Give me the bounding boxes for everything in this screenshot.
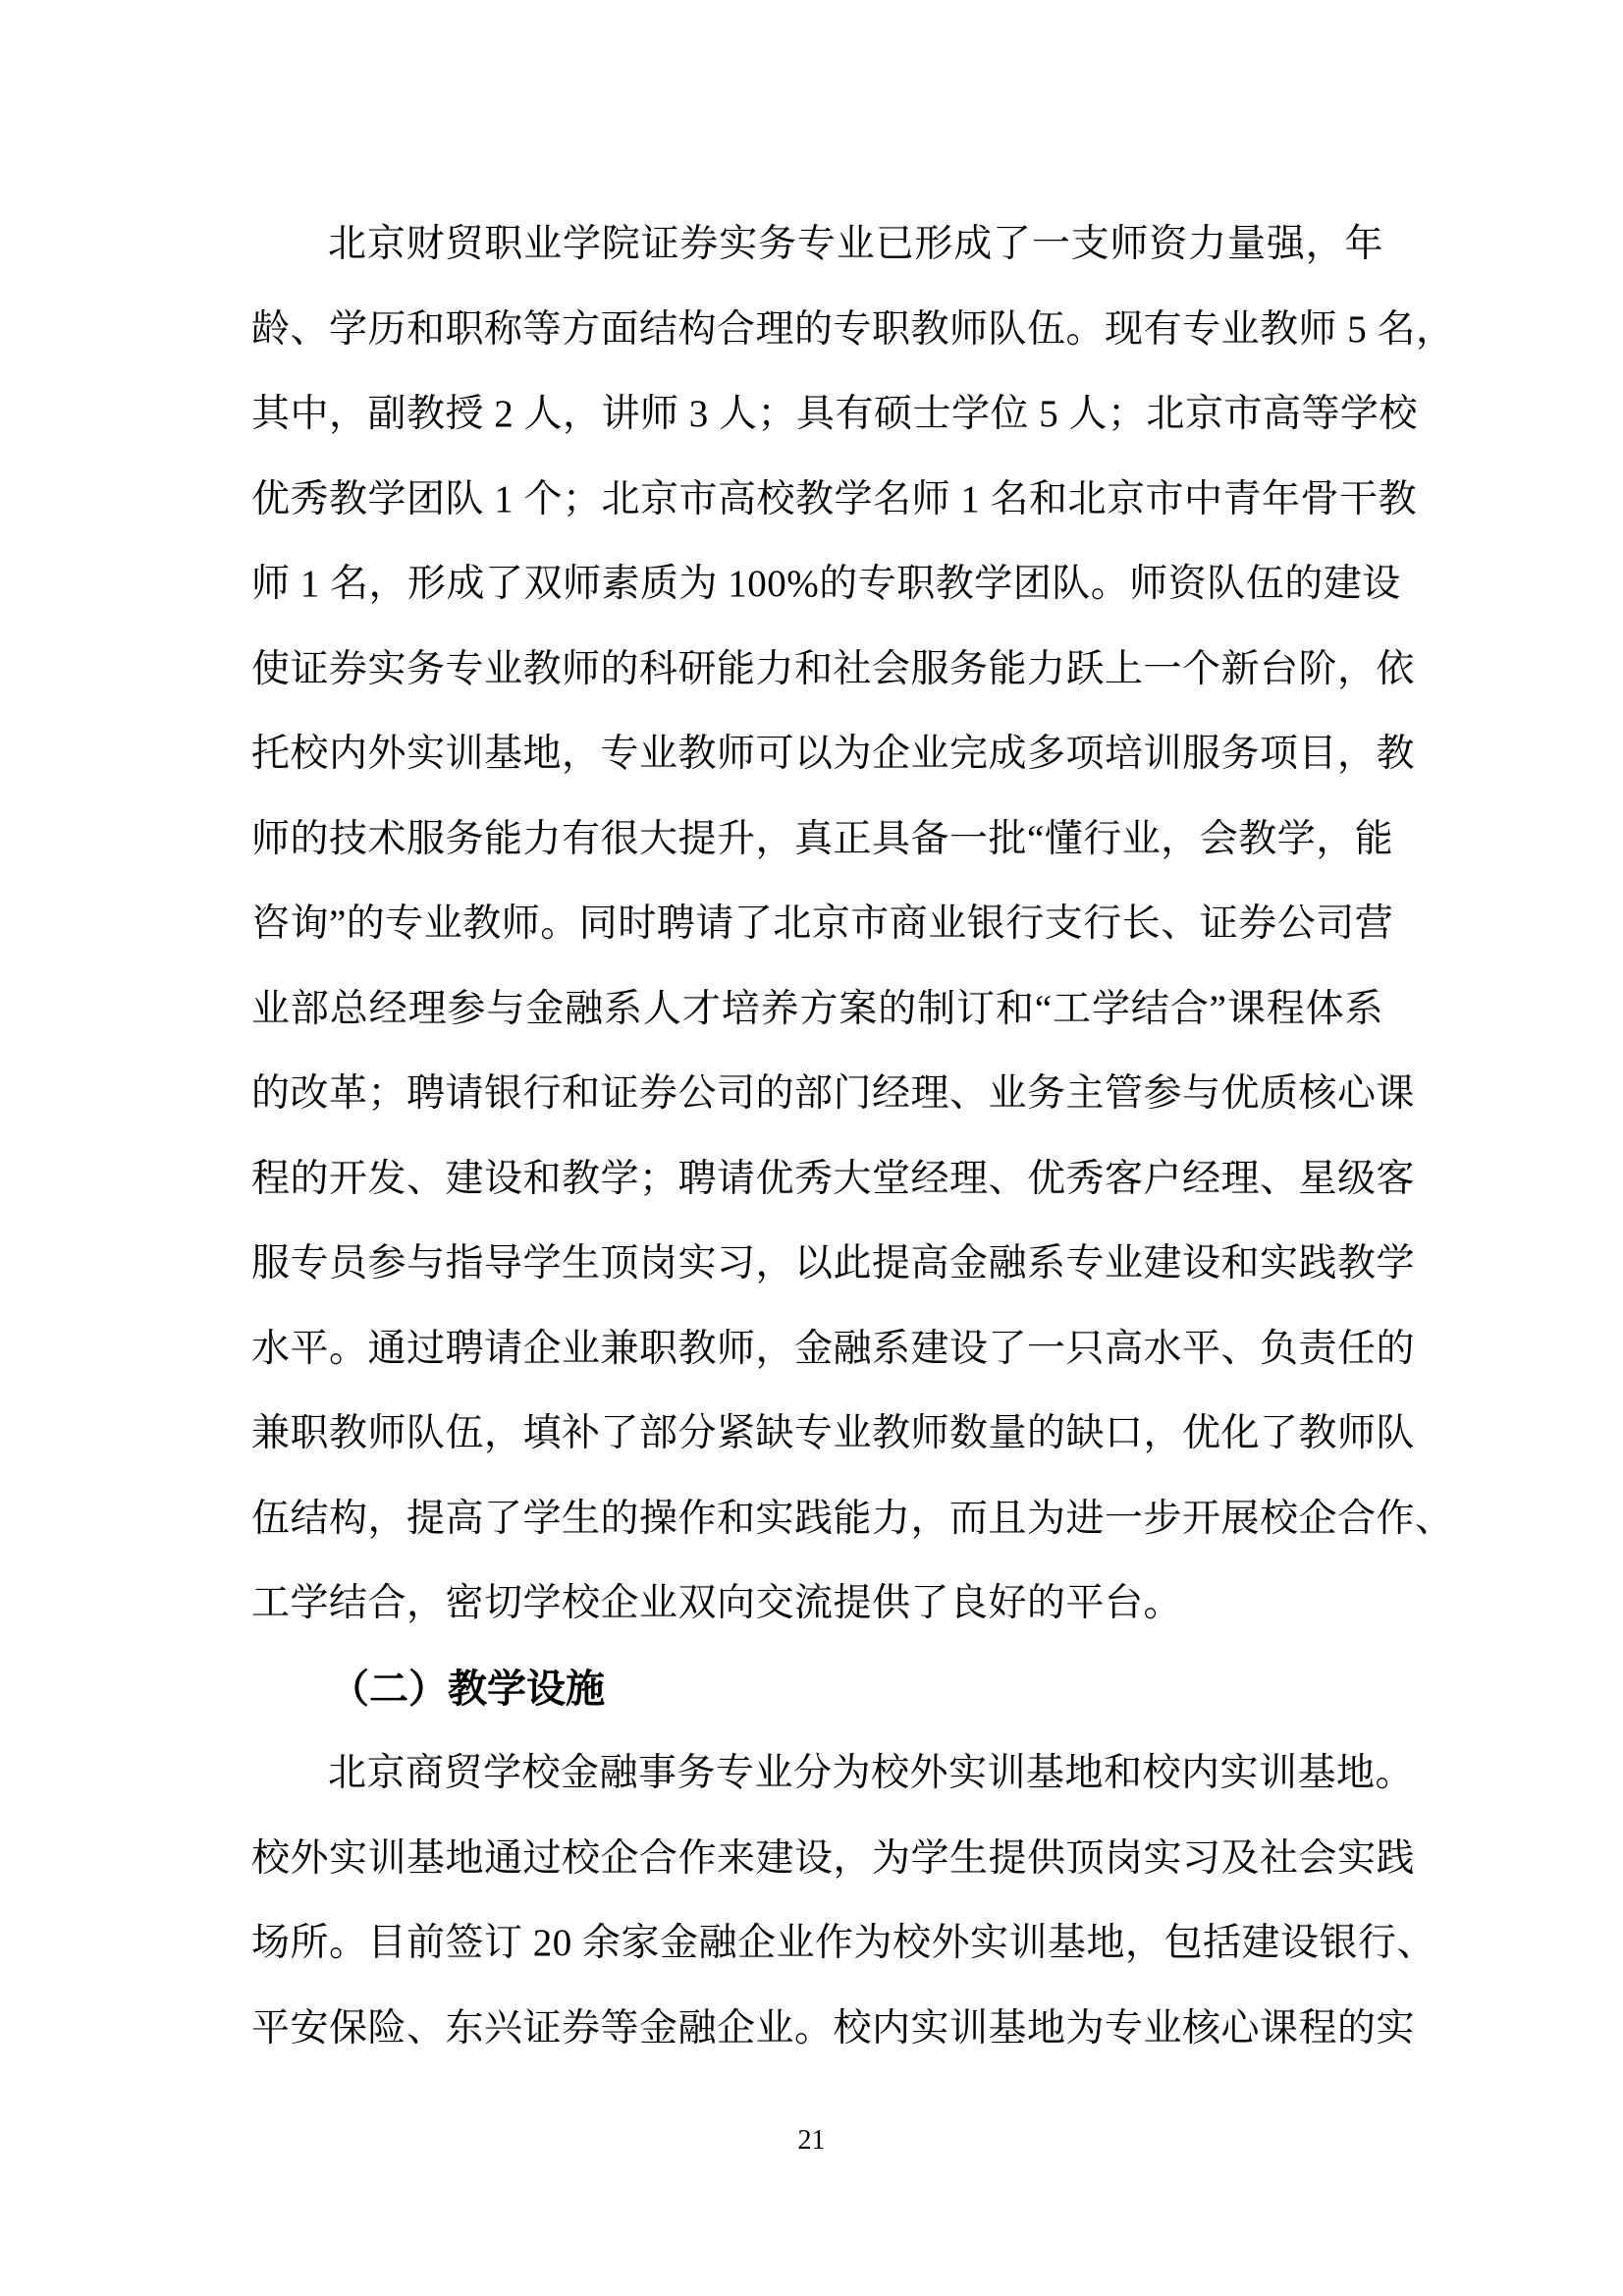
document-page: 北京财贸职业学院证券实务专业已形成了一支师资力量强，年龄、学历和职称等方面结构合…: [0, 0, 1623, 2296]
text-line: 的改革；聘请银行和证券公司的部门经理、业务主管参与优质核心课: [251, 1052, 1383, 1137]
text-line: 程的开发、建设和教学；聘请优秀大堂经理、优秀客户经理、星级客: [251, 1137, 1383, 1223]
text-line: 北京商贸学校金融事务专业分为校外实训基地和校内实训基地。: [251, 1731, 1383, 1817]
section-heading: （二）教学设施: [251, 1647, 1383, 1732]
text-line: 水平。通过聘请企业兼职教师，金融系建设了一只高水平、负责任的: [251, 1307, 1383, 1393]
text-line: 咨询”的专业教师。同时聘请了北京市商业银行支行长、证券公司营: [251, 882, 1383, 967]
text-line: 业部总经理参与金融系人才培养方案的制订和“工学结合”课程体系: [251, 967, 1383, 1053]
text-line: 其中，副教授 2 人，讲师 3 人；具有硕士学位 5 人；北京市高等学校: [251, 372, 1383, 458]
text-line: 师 1 名，形成了双师素质为 100%的专职教学团队。师资队伍的建设: [251, 542, 1383, 628]
text-line: 使证券实务专业教师的科研能力和社会服务能力跃上一个新台阶，依: [251, 628, 1383, 713]
text-line: 平安保险、东兴证券等金融企业。校内实训基地为专业核心课程的实: [251, 1987, 1383, 2072]
paragraph-teaching-facilities: 北京商贸学校金融事务专业分为校外实训基地和校内实训基地。校外实训基地通过校企合作…: [251, 1731, 1383, 2071]
text-line: 托校内外实训基地，专业教师可以为企业完成多项培训服务项目，教: [251, 712, 1383, 797]
document-body: 北京财贸职业学院证券实务专业已形成了一支师资力量强，年龄、学历和职称等方面结构合…: [251, 202, 1383, 2071]
text-line: 龄、学历和职称等方面结构合理的专职教师队伍。现有专业教师 5 名，: [251, 288, 1383, 373]
text-line: 优秀教学团队 1 个；北京市高校教学名师 1 名和北京市中青年骨干教: [251, 458, 1383, 543]
text-line: 兼职教师队伍，填补了部分紧缺专业教师数量的缺口，优化了教师队: [251, 1392, 1383, 1477]
text-line: 校外实训基地通过校企合作来建设，为学生提供顶岗实习及社会实践: [251, 1817, 1383, 1902]
paragraph-teacher-team: 北京财贸职业学院证券实务专业已形成了一支师资力量强，年龄、学历和职称等方面结构合…: [251, 202, 1383, 1647]
text-line: 伍结构，提高了学生的操作和实践能力，而且为进一步开展校企合作、: [251, 1477, 1383, 1562]
page-number: 21: [0, 2121, 1623, 2160]
text-line: 服专员参与指导学生顶岗实习，以此提高金融系专业建设和实践教学: [251, 1222, 1383, 1307]
text-line: 场所。目前签订 20 余家金融企业作为校外实训基地，包括建设银行、: [251, 1901, 1383, 1987]
text-line: 北京财贸职业学院证券实务专业已形成了一支师资力量强，年: [251, 202, 1383, 288]
text-line: 工学结合，密切学校企业双向交流提供了良好的平台。: [251, 1561, 1383, 1647]
text-line: 师的技术服务能力有很大提升，真正具备一批“懂行业，会教学，能: [251, 797, 1383, 883]
